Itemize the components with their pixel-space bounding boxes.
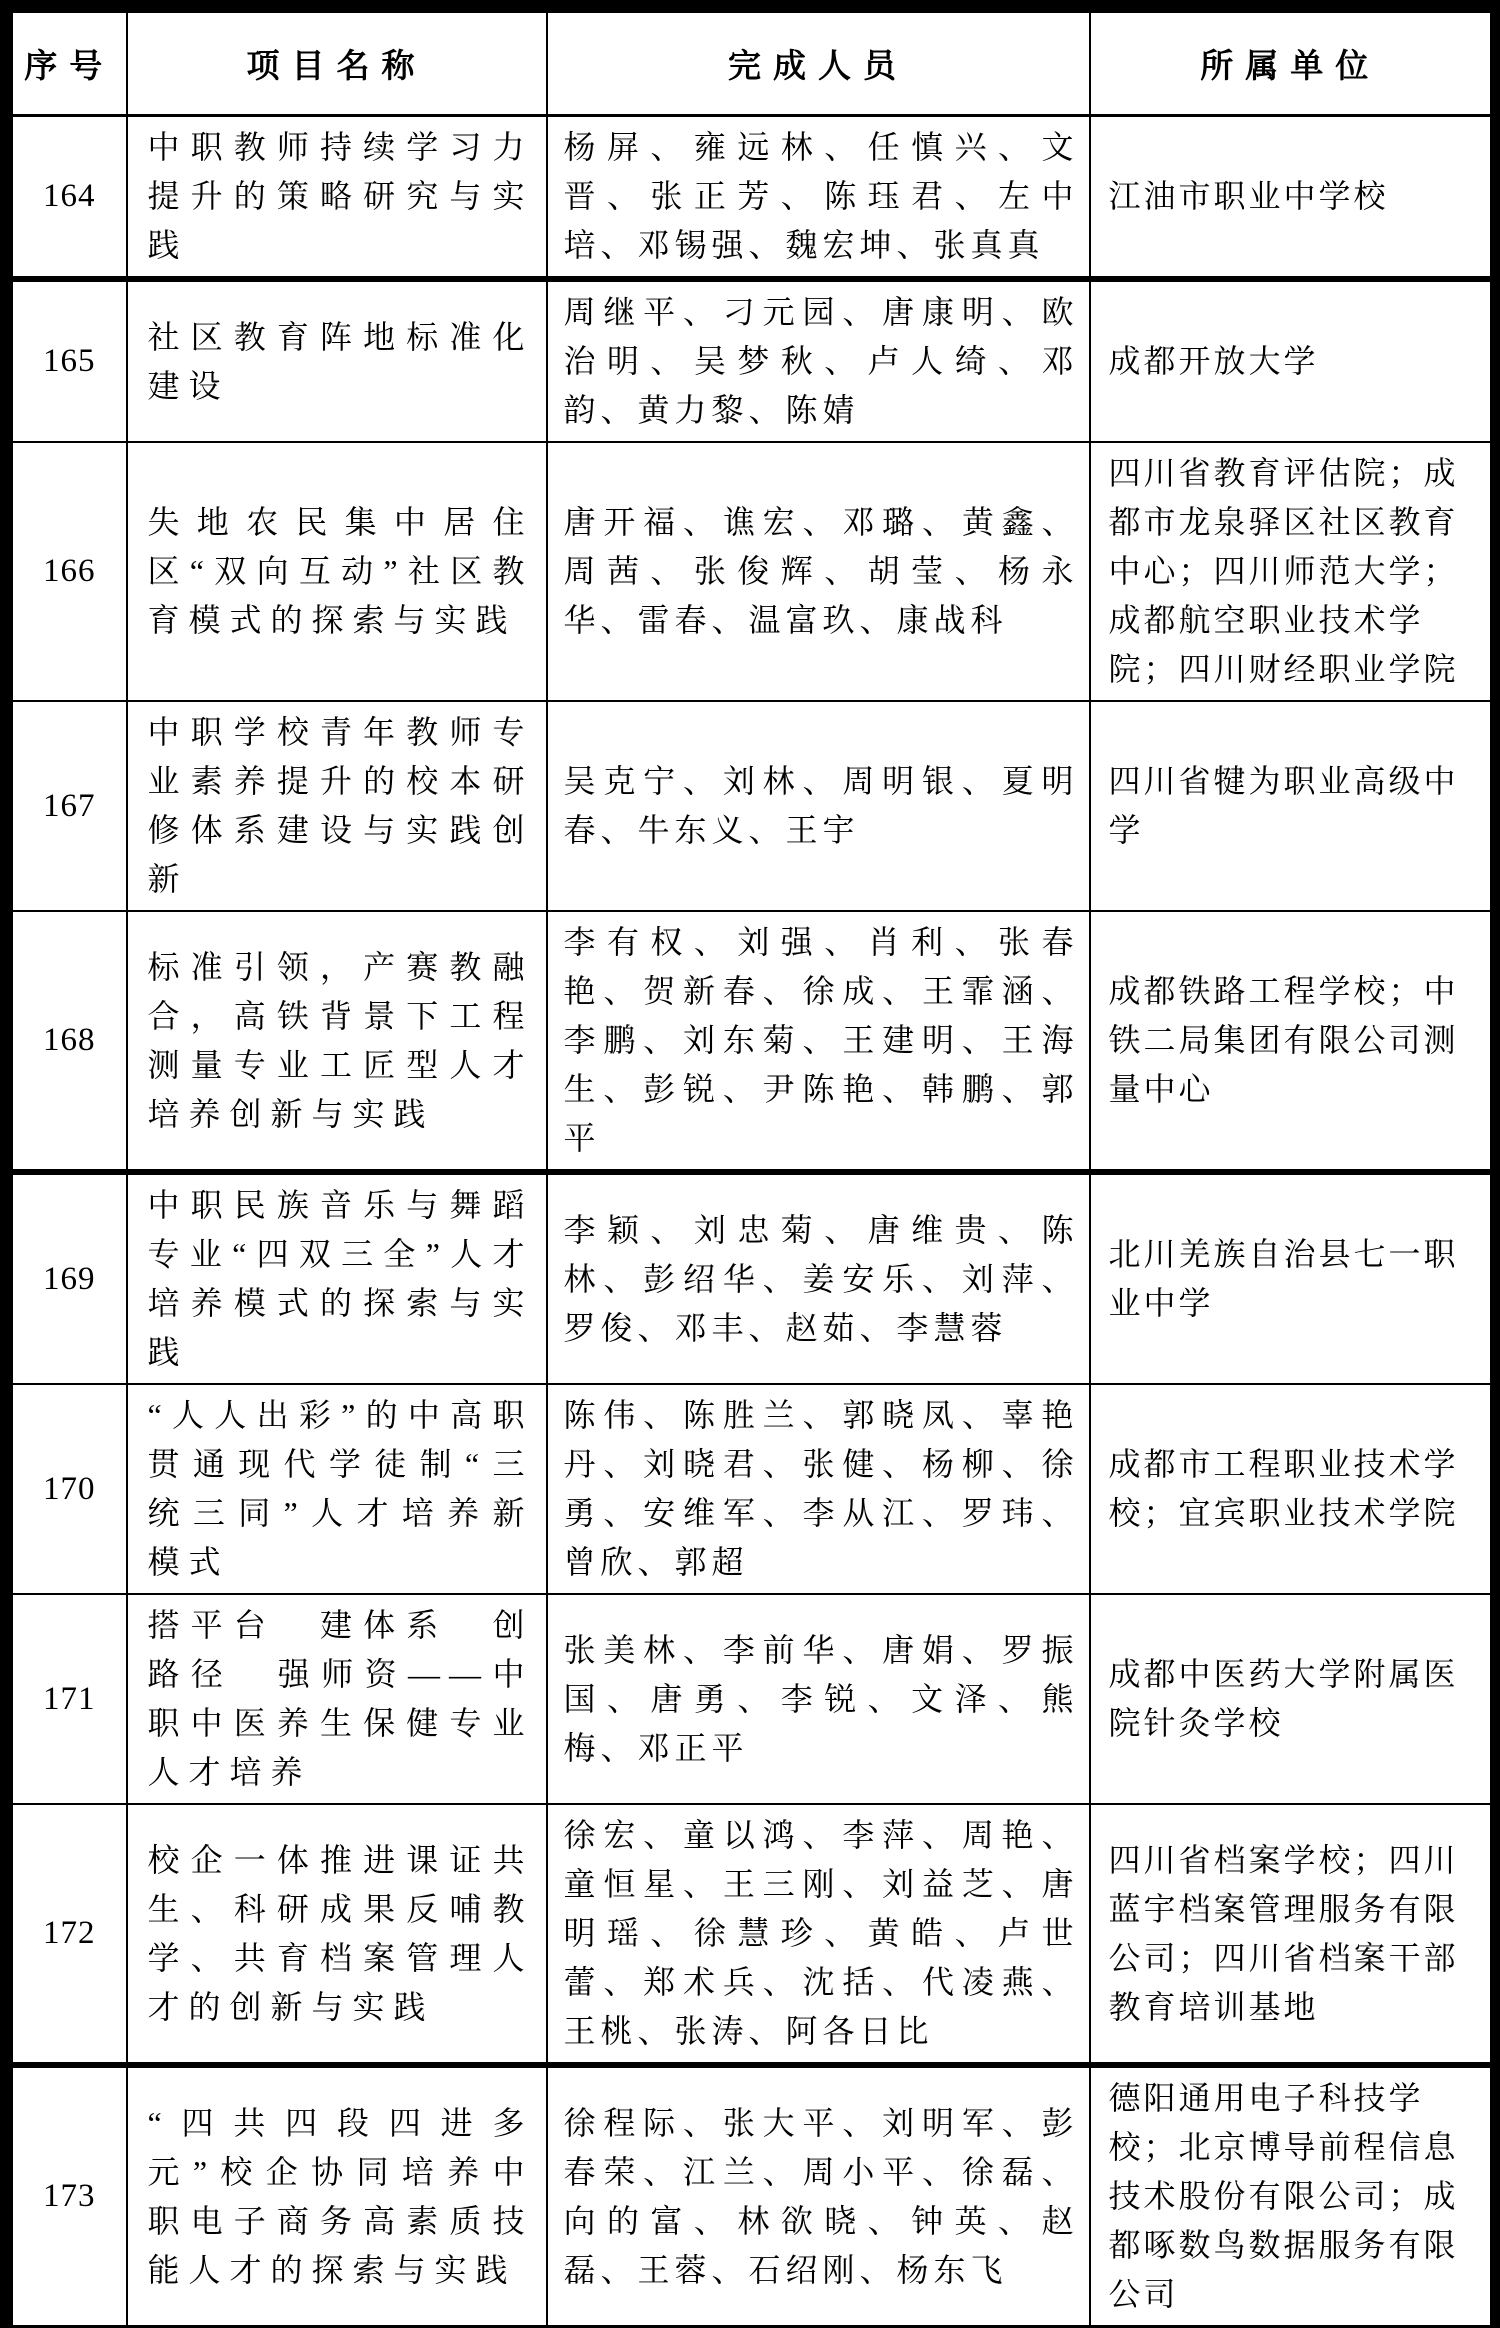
members-cell: 李颖、刘忠菊、唐维贵、陈林、彭绍华、姜安乐、刘萍、罗俊、邓丰、赵茹、李慧蓉 <box>547 1172 1090 1384</box>
project-name-cell: 校企一体推进课证共生、科研成果反哺教学、共育档案管理人才的创新与实践 <box>127 1804 547 2065</box>
table-row: 172 校企一体推进课证共生、科研成果反哺教学、共育档案管理人才的创新与实践 徐… <box>12 1804 1492 2065</box>
row-number-cell: 172 <box>12 1804 127 2065</box>
row-number-cell: 164 <box>12 116 127 280</box>
members-cell: 周继平、刁元园、唐康明、欧治明、吴梦秋、卢人绮、邓韵、黄力黎、陈婧 <box>547 279 1090 442</box>
row-number-cell: 171 <box>12 1594 127 1804</box>
unit-cell: 成都中医药大学附属医院针灸学校 <box>1090 1594 1492 1804</box>
unit-cell: 成都开放大学 <box>1090 279 1492 442</box>
members-cell: 徐程际、张大平、刘明军、彭春荣、江兰、周小平、徐磊、向的富、林欲晓、钟英、赵磊、… <box>547 2065 1090 2327</box>
members-cell: 唐开福、谯宏、邓璐、黄鑫、周茜、张俊辉、胡莹、杨永华、雷春、温富玖、康战科 <box>547 442 1090 701</box>
row-number-cell: 167 <box>12 701 127 911</box>
unit-cell: 成都市工程职业技术学校；宜宾职业技术学院 <box>1090 1384 1492 1594</box>
members-cell: 徐宏、童以鸿、李萍、周艳、童恒星、王三刚、刘益芝、唐明瑶、徐慧珍、黄皓、卢世蕾、… <box>547 1804 1090 2065</box>
column-header-project: 项目名称 <box>127 12 547 116</box>
project-name-cell: 标准引领，产赛教融合，高铁背景下工程测量专业工匠型人才培养创新与实践 <box>127 911 547 1172</box>
column-header-members: 完成人员 <box>547 12 1090 116</box>
results-table: 序号 项目名称 完成人员 所属单位 164 中职教师持续学习力提升的策略研究与实… <box>10 10 1493 2328</box>
row-number-cell: 166 <box>12 442 127 701</box>
table-row: 173 “四共四段四进多元”校企协同培养中职电子商务高素质技能人才的探索与实践 … <box>12 2065 1492 2327</box>
members-cell: 吴克宁、刘林、周明银、夏明春、牛东义、王宇 <box>547 701 1090 911</box>
table-row: 165 社区教育阵地标准化建设 周继平、刁元园、唐康明、欧治明、吴梦秋、卢人绮、… <box>12 279 1492 442</box>
row-number-cell: 169 <box>12 1172 127 1384</box>
project-name-cell: 搭平台 建体系 创路径 强师资——中职中医养生保健专业人才培养 <box>127 1594 547 1804</box>
row-number-cell: 173 <box>12 2065 127 2327</box>
table-row: 169 中职民族音乐与舞蹈专业“四双三全”人才培养模式的探索与实践 李颖、刘忠菊… <box>12 1172 1492 1384</box>
column-header-no: 序号 <box>12 12 127 116</box>
unit-cell: 江油市职业中学校 <box>1090 116 1492 280</box>
unit-cell: 四川省犍为职业高级中学 <box>1090 701 1492 911</box>
row-number-cell: 168 <box>12 911 127 1172</box>
project-name-cell: “人人出彩”的中高职贯通现代学徒制“三统三同”人才培养新模式 <box>127 1384 547 1594</box>
unit-cell: 四川省档案学校；四川蓝宇档案管理服务有限公司；四川省档案干部教育培训基地 <box>1090 1804 1492 2065</box>
table-row: 170 “人人出彩”的中高职贯通现代学徒制“三统三同”人才培养新模式 陈伟、陈胜… <box>12 1384 1492 1594</box>
project-name-cell: 中职民族音乐与舞蹈专业“四双三全”人才培养模式的探索与实践 <box>127 1172 547 1384</box>
document-page: 序号 项目名称 完成人员 所属单位 164 中职教师持续学习力提升的策略研究与实… <box>0 0 1500 2071</box>
row-number-cell: 165 <box>12 279 127 442</box>
row-number-cell: 170 <box>12 1384 127 1594</box>
unit-cell: 德阳通用电子科技学校；北京博导前程信息技术股份有限公司；成都啄数鸟数据服务有限公… <box>1090 2065 1492 2327</box>
table-row: 167 中职学校青年教师专业素养提升的校本研修体系建设与实践创新 吴克宁、刘林、… <box>12 701 1492 911</box>
table-header-row: 序号 项目名称 完成人员 所属单位 <box>12 12 1492 116</box>
project-name-cell: 中职学校青年教师专业素养提升的校本研修体系建设与实践创新 <box>127 701 547 911</box>
members-cell: 李有权、刘强、肖利、张春艳、贺新春、徐成、王霏涵、李鹏、刘东菊、王建明、王海生、… <box>547 911 1090 1172</box>
project-name-cell: 社区教育阵地标准化建设 <box>127 279 547 442</box>
project-name-cell: 失地农民集中居住区“双向互动”社区教育模式的探索与实践 <box>127 442 547 701</box>
members-cell: 张美林、李前华、唐娟、罗振国、唐勇、李锐、文泽、熊梅、邓正平 <box>547 1594 1090 1804</box>
project-name-cell: 中职教师持续学习力提升的策略研究与实践 <box>127 116 547 280</box>
unit-cell: 四川省教育评估院；成都市龙泉驿区社区教育中心；四川师范大学；成都航空职业技术学院… <box>1090 442 1492 701</box>
project-name-cell: “四共四段四进多元”校企协同培养中职电子商务高素质技能人才的探索与实践 <box>127 2065 547 2327</box>
column-header-unit: 所属单位 <box>1090 12 1492 116</box>
table-row: 168 标准引领，产赛教融合，高铁背景下工程测量专业工匠型人才培养创新与实践 李… <box>12 911 1492 1172</box>
table-row: 171 搭平台 建体系 创路径 强师资——中职中医养生保健专业人才培养 张美林、… <box>12 1594 1492 1804</box>
table-row: 164 中职教师持续学习力提升的策略研究与实践 杨屏、雍远林、任慎兴、文晋、张正… <box>12 116 1492 280</box>
members-cell: 陈伟、陈胜兰、郭晓凤、辜艳丹、刘晓君、张健、杨柳、徐勇、安维军、李从江、罗玮、曾… <box>547 1384 1090 1594</box>
unit-cell: 成都铁路工程学校；中铁二局集团有限公司测量中心 <box>1090 911 1492 1172</box>
members-cell: 杨屏、雍远林、任慎兴、文晋、张正芳、陈珏君、左中培、邓锡强、魏宏坤、张真真 <box>547 116 1090 280</box>
unit-cell: 北川羌族自治县七一职业中学 <box>1090 1172 1492 1384</box>
table-row: 166 失地农民集中居住区“双向互动”社区教育模式的探索与实践 唐开福、谯宏、邓… <box>12 442 1492 701</box>
